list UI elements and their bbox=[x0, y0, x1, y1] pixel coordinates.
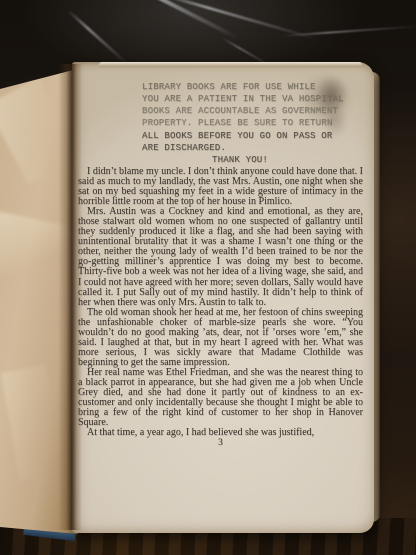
stamp-line: PROPERTY. PLEASE BE SURE TO RETURN bbox=[142, 117, 364, 129]
paragraph: Mrs. Austin was a Cockney and kind and e… bbox=[78, 207, 363, 307]
stamp-line: BOOKS ARE ACCOUNTABLE AS GOVERNMENT bbox=[142, 105, 364, 117]
photo-scene: LIBRARY BOOKS ARE FOR USE WHILE YOU ARE … bbox=[0, 0, 416, 555]
page-crease bbox=[1, 365, 65, 481]
paragraph: At that time, a year ago, I had believed… bbox=[78, 428, 363, 438]
stamp-line: ARE DISCHARGED. bbox=[142, 142, 364, 154]
page-crease bbox=[0, 211, 67, 284]
table-scratch bbox=[103, 0, 238, 40]
page-crease bbox=[0, 77, 82, 185]
table-scratch bbox=[67, 10, 128, 66]
library-stamp: LIBRARY BOOKS ARE FOR USE WHILE YOU ARE … bbox=[142, 81, 364, 166]
book-page: LIBRARY BOOKS ARE FOR USE WHILE YOU ARE … bbox=[72, 62, 374, 533]
left-page-edge bbox=[0, 68, 78, 534]
paragraph: Her real name was Ethel Friedman, and sh… bbox=[78, 368, 363, 428]
paragraph: The old woman shook her head at me, her … bbox=[78, 308, 363, 368]
table-scratch bbox=[282, 25, 416, 36]
stamp-line: LIBRARY BOOKS ARE FOR USE WHILE bbox=[142, 81, 364, 93]
stamp-line: YOU ARE A PATIENT IN THE VA HOSPITAL bbox=[142, 93, 364, 105]
paragraph: I didn’t blame my uncle. I don’t think a… bbox=[78, 167, 363, 207]
page-text: I didn’t blame my uncle. I don’t think a… bbox=[78, 167, 363, 448]
stamp-line: ALL BOOKS BEFORE YOU GO ON PASS OR bbox=[142, 130, 364, 142]
stamp-thank-you-line: THANK YOU! bbox=[212, 154, 364, 166]
page-number: 3 bbox=[78, 438, 363, 448]
